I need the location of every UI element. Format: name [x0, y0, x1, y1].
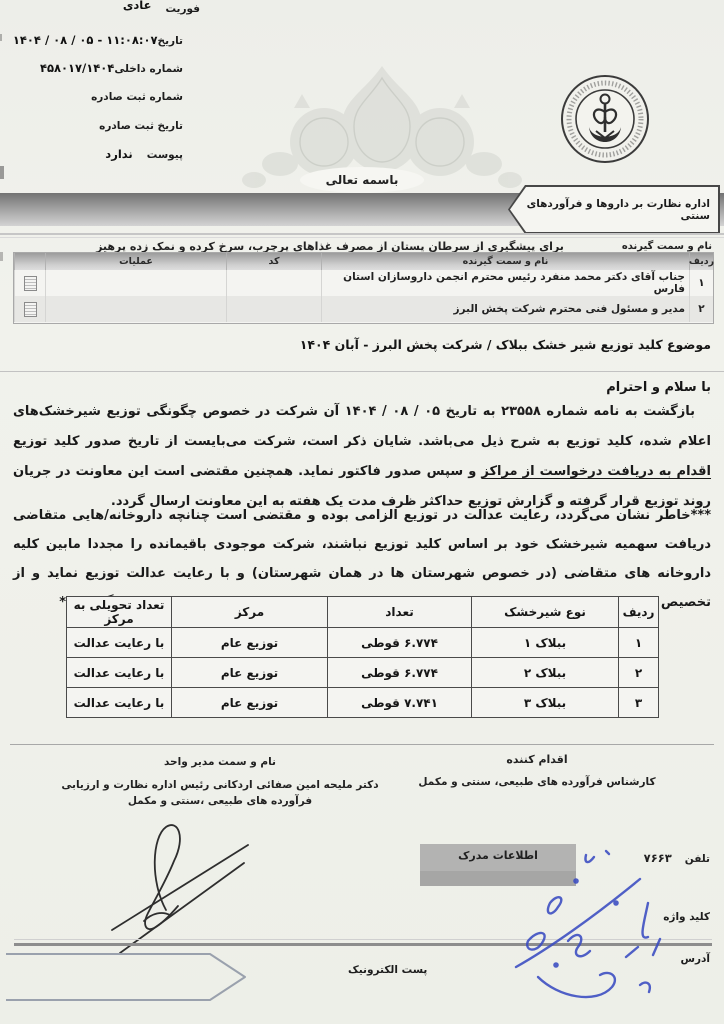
besmele-text: باسمه تعالی [300, 167, 424, 193]
internal-number-value: ۴۵۸۰۱۷/۱۴۰۴ [40, 61, 114, 75]
recipient-name: جناب آقای دکتر محمد منفرد رئیس محترم انج… [321, 270, 689, 296]
col-operations: عملیات [45, 253, 226, 270]
scan-artifact [0, 252, 3, 261]
manager-block: نام و سمت مدیر واحد دکتر ملیحه امین صفائ… [58, 756, 382, 809]
phone-label: تلفن [685, 853, 710, 865]
address-ribbon-outline [6, 951, 250, 1003]
university-logo-icon [558, 72, 652, 166]
attachment-value: ندارد [105, 147, 132, 161]
department-banner-label: اداره نظارت بر داروها و فرآوردهای سنتی [510, 187, 718, 232]
meta-row-internal-number: شماره داخلی ۴۵۸۰۱۷/۱۴۰۴ [26, 61, 183, 75]
cell-center: توزیع عام [172, 658, 328, 688]
distribution-table: ردیف نوع شیرخشک تعداد مرکز تعداد تحویلی … [66, 596, 659, 718]
recipient-code [226, 270, 321, 296]
col-row-number: ردیف [619, 597, 659, 628]
scan-artifact [0, 166, 4, 179]
document-grid-icon [24, 276, 37, 291]
operations-cell [45, 270, 226, 296]
recipients-table: ردیف نام و سمت گیرنده کد عملیات ۱ جناب آ… [13, 252, 714, 324]
actor-title: کارشناس فرآورده های طبیعی، سنتی و مکمل [412, 776, 662, 788]
recipient-code [226, 296, 321, 322]
recipient-name: مدیر و مسئول فنی محترم شرکت پخش البرز [321, 296, 689, 322]
cell-quantity: ۶.۷۷۴ قوطی [328, 658, 472, 688]
email-label: پست الکترونیک [348, 964, 427, 976]
meta-row-priority: فوریت عادی [123, 1, 200, 15]
operations-icon-cell [14, 270, 45, 296]
cell-center: توزیع عام [172, 688, 328, 718]
row-number: ۱ [689, 270, 713, 296]
body-paragraph-1: بازگشت به نامه شماره ۲۳۵۵۸ به تاریخ ۰۵ /… [13, 397, 711, 517]
actor-block: اقدام کننده کارشناس فرآورده های طبیعی، س… [412, 753, 662, 788]
divider [0, 233, 724, 235]
actor-label: اقدام کننده [412, 753, 662, 766]
meta-row-outgoing-number: شماره ثبت صادره [77, 91, 183, 103]
recipient-section-label: نام و سمت گیرنده [622, 241, 712, 252]
meta-row-outgoing-date: تاریخ ثبت صادره [85, 120, 183, 132]
distribution-row: ۳ ببلاک ۳ ۷.۷۴۱ قوطی توزیع عام با رعایت … [67, 688, 659, 718]
operations-icon-cell [14, 296, 45, 322]
col-milk-type: نوع شیرخشک [472, 597, 619, 628]
blue-ink-stamp [498, 845, 678, 1015]
col-recipient-name: نام و سمت گیرنده [321, 253, 689, 270]
manager-name: دکتر ملیحه امین صفائی اردکانی رئیس اداره… [58, 777, 382, 809]
cell-row: ۳ [619, 688, 659, 718]
cell-row: ۱ [619, 628, 659, 658]
document-grid-icon [24, 302, 37, 317]
scanned-letter-page: فوریت عادی تاریخ ۱۴۰۴ / ۰۸ / ۰۵ - ۱۱:۰۸:… [0, 0, 724, 1024]
cell-type: ببلاک ۳ [472, 688, 619, 718]
outgoing-date-label: تاریخ ثبت صادره [99, 120, 183, 132]
col-delivered-to-center: تعداد تحویلی به مرکز [67, 597, 172, 628]
outgoing-number-label: شماره ثبت صادره [91, 91, 183, 103]
cell-type: ببلاک ۲ [472, 658, 619, 688]
col-row-number: ردیف [689, 253, 713, 270]
divider [10, 744, 714, 745]
row-number: ۲ [689, 296, 713, 322]
col-code: کد [226, 253, 321, 270]
priority-label: فوریت [165, 3, 200, 15]
col-icon [14, 253, 45, 270]
cell-center: توزیع عام [172, 628, 328, 658]
salutation: با سلام و احترام [606, 380, 711, 395]
address-label: آدرس [680, 953, 710, 965]
divider [0, 237, 724, 238]
cell-delivered: با رعایت عدالت [67, 628, 172, 658]
divider [0, 371, 724, 372]
cell-row: ۲ [619, 658, 659, 688]
date-label: تاریخ [158, 35, 183, 47]
subject-line: موضوع کلید توزیع شیر خشک ببلاک / شرکت پخ… [300, 337, 711, 352]
priority-value: عادی [123, 0, 152, 12]
operations-cell [45, 296, 226, 322]
col-center: مرکز [172, 597, 328, 628]
manager-label: نام و سمت مدیر واحد [58, 756, 382, 768]
meta-row-attachment: پیوست ندارد [105, 147, 183, 161]
distribution-header-row: ردیف نوع شیرخشک تعداد مرکز تعداد تحویلی … [67, 597, 659, 628]
cell-delivered: با رعایت عدالت [67, 658, 172, 688]
recipient-row: ۲ مدیر و مسئول فنی محترم شرکت پخش البرز [14, 296, 713, 322]
date-value: ۱۴۰۴ / ۰۸ / ۰۵ - ۱۱:۰۸:۰۷ [13, 33, 158, 47]
distribution-row: ۲ ببلاک ۲ ۶.۷۷۴ قوطی توزیع عام با رعایت … [67, 658, 659, 688]
distribution-row: ۱ ببلاک ۱ ۶.۷۷۴ قوطی توزیع عام با رعایت … [67, 628, 659, 658]
meta-row-date: تاریخ ۱۴۰۴ / ۰۸ / ۰۵ - ۱۱:۰۸:۰۷ [0, 33, 183, 47]
p1-text: بازگشت به نامه شماره ۲۳۵۵۸ به تاریخ ۰۵ /… [13, 404, 711, 449]
cell-delivered: با رعایت عدالت [67, 688, 172, 718]
internal-number-label: شماره داخلی [114, 63, 183, 75]
recipients-table-header: ردیف نام و سمت گیرنده کد عملیات [14, 253, 713, 270]
p1-underlined-text: اقدام به دریافت درخواست از مراکز [481, 464, 711, 479]
cell-quantity: ۶.۷۷۴ قوطی [328, 628, 472, 658]
col-quantity: تعداد [328, 597, 472, 628]
cell-quantity: ۷.۷۴۱ قوطی [328, 688, 472, 718]
attachment-label: پیوست [147, 149, 183, 161]
recipient-row: ۱ جناب آقای دکتر محمد منفرد رئیس محترم ا… [14, 270, 713, 296]
cell-type: ببلاک ۱ [472, 628, 619, 658]
